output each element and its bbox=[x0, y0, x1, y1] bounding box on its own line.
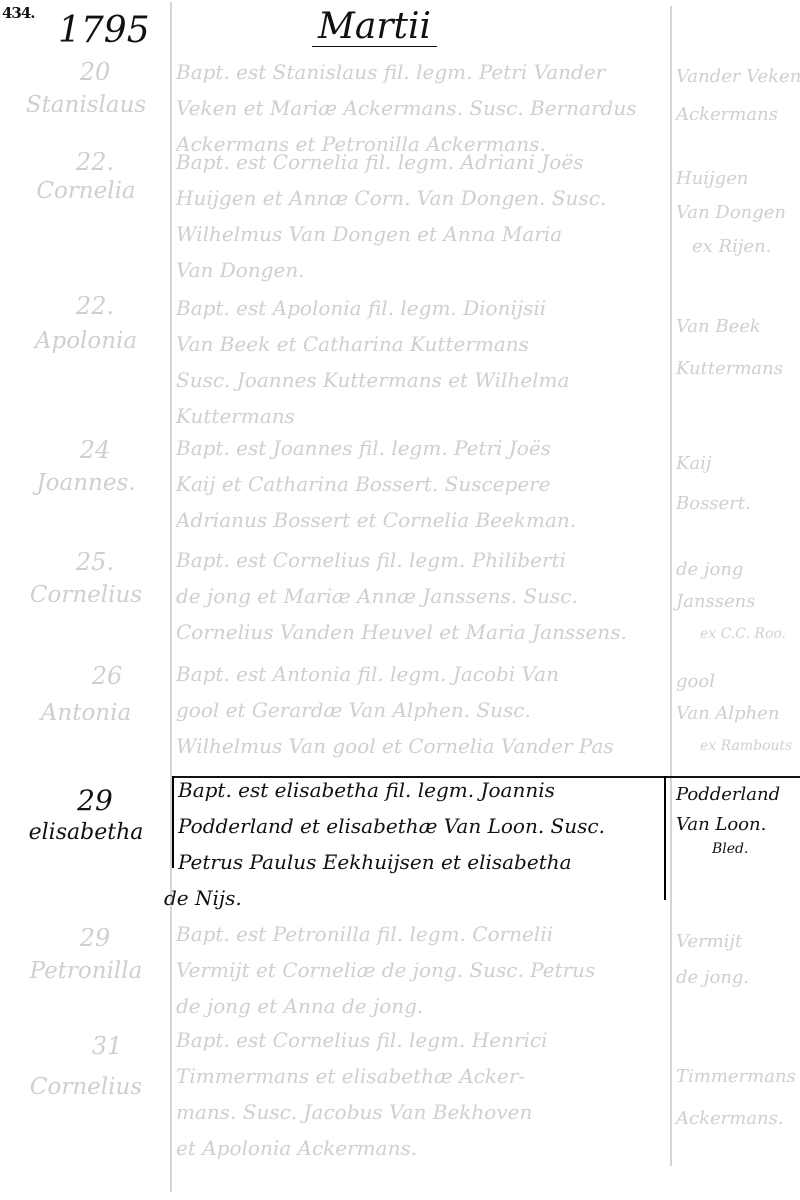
margin-line: Podderland bbox=[676, 780, 800, 810]
entry-line: Cornelius Vanden Heuvel et Maria Janssen… bbox=[176, 614, 662, 650]
entry-name: Petronilla bbox=[2, 958, 170, 984]
entry-line: de Nijs. bbox=[164, 880, 664, 916]
margin-line: de jong. bbox=[676, 960, 800, 996]
entry-line: et Apolonia Ackermans. bbox=[176, 1130, 662, 1166]
entry-text: Bapt. est Cornelius fil. legm. Henrici T… bbox=[176, 1022, 662, 1166]
entry-text: Bapt. est elisabetha fil. legm. Joannis … bbox=[178, 772, 664, 916]
entry-line: Bapt. est Apolonia fil. legm. Dionijsii bbox=[176, 290, 662, 326]
entry-text: Bapt. est Apolonia fil. legm. Dionijsii … bbox=[176, 290, 662, 434]
highlight-right-rule bbox=[664, 776, 666, 900]
entry-date: 26 bbox=[32, 662, 182, 690]
entry-name: Apolonia bbox=[2, 328, 170, 354]
month-heading: Martii bbox=[312, 8, 437, 47]
entry-line: Bapt. est elisabetha fil. legm. Joannis bbox=[178, 772, 664, 808]
entry-line: Timmermans et elisabethæ Acker- bbox=[176, 1058, 662, 1094]
entry-line: Podderland et elisabethæ Van Loon. Susc. bbox=[178, 808, 664, 844]
entry-line: Van Beek et Catharina Kuttermans bbox=[176, 326, 662, 362]
entry-margin-note: Vermijt de jong. bbox=[676, 924, 800, 996]
entry-date: 20 bbox=[20, 58, 170, 86]
margin-line: Vermijt bbox=[676, 924, 800, 960]
margin-line: de jong bbox=[676, 554, 800, 586]
entry-line: Veken et Mariæ Ackermans. Susc. Bernardu… bbox=[176, 90, 662, 126]
margin-line: Kuttermans bbox=[676, 348, 800, 390]
entry-name: elisabetha bbox=[2, 820, 170, 845]
entry-line: Wilhelmus Van Dongen et Anna Maria bbox=[176, 216, 662, 252]
entry-line: Bapt. est Stanislaus fil. legm. Petri Va… bbox=[176, 54, 662, 90]
entry-text: Bapt. est Joannes fil. legm. Petri Joës … bbox=[176, 430, 662, 538]
entry-line: Bapt. est Joannes fil. legm. Petri Joës bbox=[176, 430, 662, 466]
entry-line: Bapt. est Cornelius fil. legm. Philibert… bbox=[176, 542, 662, 578]
left-column-rule bbox=[170, 2, 172, 1192]
entry-line: Huijgen et Annæ Corn. Van Dongen. Susc. bbox=[176, 180, 662, 216]
entry-name: Cornelius bbox=[2, 582, 170, 608]
entry-line: gool et Gerardæ Van Alphen. Susc. bbox=[176, 692, 662, 728]
entry-line: Van Dongen. bbox=[176, 252, 662, 288]
margin-line: gool bbox=[676, 666, 800, 698]
entry-line: Bapt. est Antonia fil. legm. Jacobi Van bbox=[176, 656, 662, 692]
highlight-left-rule bbox=[172, 776, 174, 868]
entry-date: 29 bbox=[20, 784, 170, 817]
margin-line: Van Loon. bbox=[676, 810, 800, 840]
entry-line: Petrus Paulus Eekhuijsen et elisabetha bbox=[178, 844, 664, 880]
register-page: 434. 1795 Martii 20 Stanislaus Bapt. est… bbox=[0, 0, 800, 1200]
margin-line: Van Beek bbox=[676, 306, 800, 348]
margin-line: Ackermans. bbox=[676, 1098, 800, 1140]
margin-line: Ackermans bbox=[676, 96, 800, 134]
margin-line: Van Dongen bbox=[676, 196, 800, 230]
entry-name: Cornelia bbox=[2, 178, 170, 204]
margin-line: Bossert. bbox=[676, 484, 800, 524]
entry-date: 24 bbox=[20, 436, 170, 464]
margin-line: Van Alphen bbox=[676, 698, 800, 730]
margin-line: ex Rambouts bbox=[676, 730, 800, 762]
entry-line: Kuttermans bbox=[176, 398, 662, 434]
margin-line: Timmermans bbox=[676, 1056, 800, 1098]
margin-line: ex Rijen. bbox=[676, 230, 800, 264]
entry-line: Kaij et Catharina Bossert. Suscepere bbox=[176, 466, 662, 502]
entry-name: Joannes. bbox=[2, 470, 170, 496]
entry-date: 22. bbox=[20, 292, 170, 320]
entry-line: Wilhelmus Van gool et Cornelia Vander Pa… bbox=[176, 728, 662, 764]
entry-line: Bapt. est Petronilla fil. legm. Cornelii bbox=[176, 916, 662, 952]
entry-name: Cornelius bbox=[2, 1074, 170, 1100]
margin-line: Janssens bbox=[676, 586, 800, 618]
entry-date: 31 bbox=[32, 1032, 182, 1060]
margin-line: Huijgen bbox=[676, 162, 800, 196]
entry-text: Bapt. est Petronilla fil. legm. Cornelii… bbox=[176, 916, 662, 1024]
entry-name: Stanislaus bbox=[2, 92, 170, 118]
year-heading: 1795 bbox=[58, 10, 150, 51]
entry-margin-note: Vander Veken Ackermans bbox=[676, 58, 800, 134]
entry-margin-note: gool Van Alphen ex Rambouts bbox=[676, 666, 800, 762]
margin-line: Bled. bbox=[676, 840, 800, 858]
entry-line: Adrianus Bossert et Cornelia Beekman. bbox=[176, 502, 662, 538]
margin-line: Vander Veken bbox=[676, 58, 800, 96]
entry-date: 29 bbox=[20, 924, 170, 952]
right-column-rule bbox=[670, 6, 672, 1166]
entry-line: de jong et Mariæ Annæ Janssens. Susc. bbox=[176, 578, 662, 614]
entry-margin-note: Huijgen Van Dongen ex Rijen. bbox=[676, 162, 800, 264]
entry-margin-note: Timmermans Ackermans. bbox=[676, 1056, 800, 1140]
entry-margin-note: Van Beek Kuttermans bbox=[676, 306, 800, 390]
entry-line: Susc. Joannes Kuttermans et Wilhelma bbox=[176, 362, 662, 398]
entry-margin-note: de jong Janssens ex C.C. Roo. bbox=[676, 554, 800, 650]
margin-line: ex C.C. Roo. bbox=[676, 618, 800, 650]
entry-text: Bapt. est Cornelia fil. legm. Adriani Jo… bbox=[176, 144, 662, 288]
entry-date: 22. bbox=[20, 148, 170, 176]
entry-margin-note: Kaij Bossert. bbox=[676, 444, 800, 524]
entry-date: 25. bbox=[20, 548, 170, 576]
entry-name: Antonia bbox=[2, 700, 170, 726]
margin-line: Kaij bbox=[676, 444, 800, 484]
entry-line: Bapt. est Cornelius fil. legm. Henrici bbox=[176, 1022, 662, 1058]
entry-text: Bapt. est Antonia fil. legm. Jacobi Van … bbox=[176, 656, 662, 764]
entry-line: mans. Susc. Jacobus Van Bekhoven bbox=[176, 1094, 662, 1130]
entry-line: de jong et Anna de jong. bbox=[176, 988, 662, 1024]
entry-line: Vermijt et Corneliæ de jong. Susc. Petru… bbox=[176, 952, 662, 988]
entry-text: Bapt. est Cornelius fil. legm. Philibert… bbox=[176, 542, 662, 650]
entry-line: Bapt. est Cornelia fil. legm. Adriani Jo… bbox=[176, 144, 662, 180]
entry-margin-note: Podderland Van Loon. Bled. bbox=[676, 780, 800, 858]
page-number: 434. bbox=[2, 4, 35, 22]
